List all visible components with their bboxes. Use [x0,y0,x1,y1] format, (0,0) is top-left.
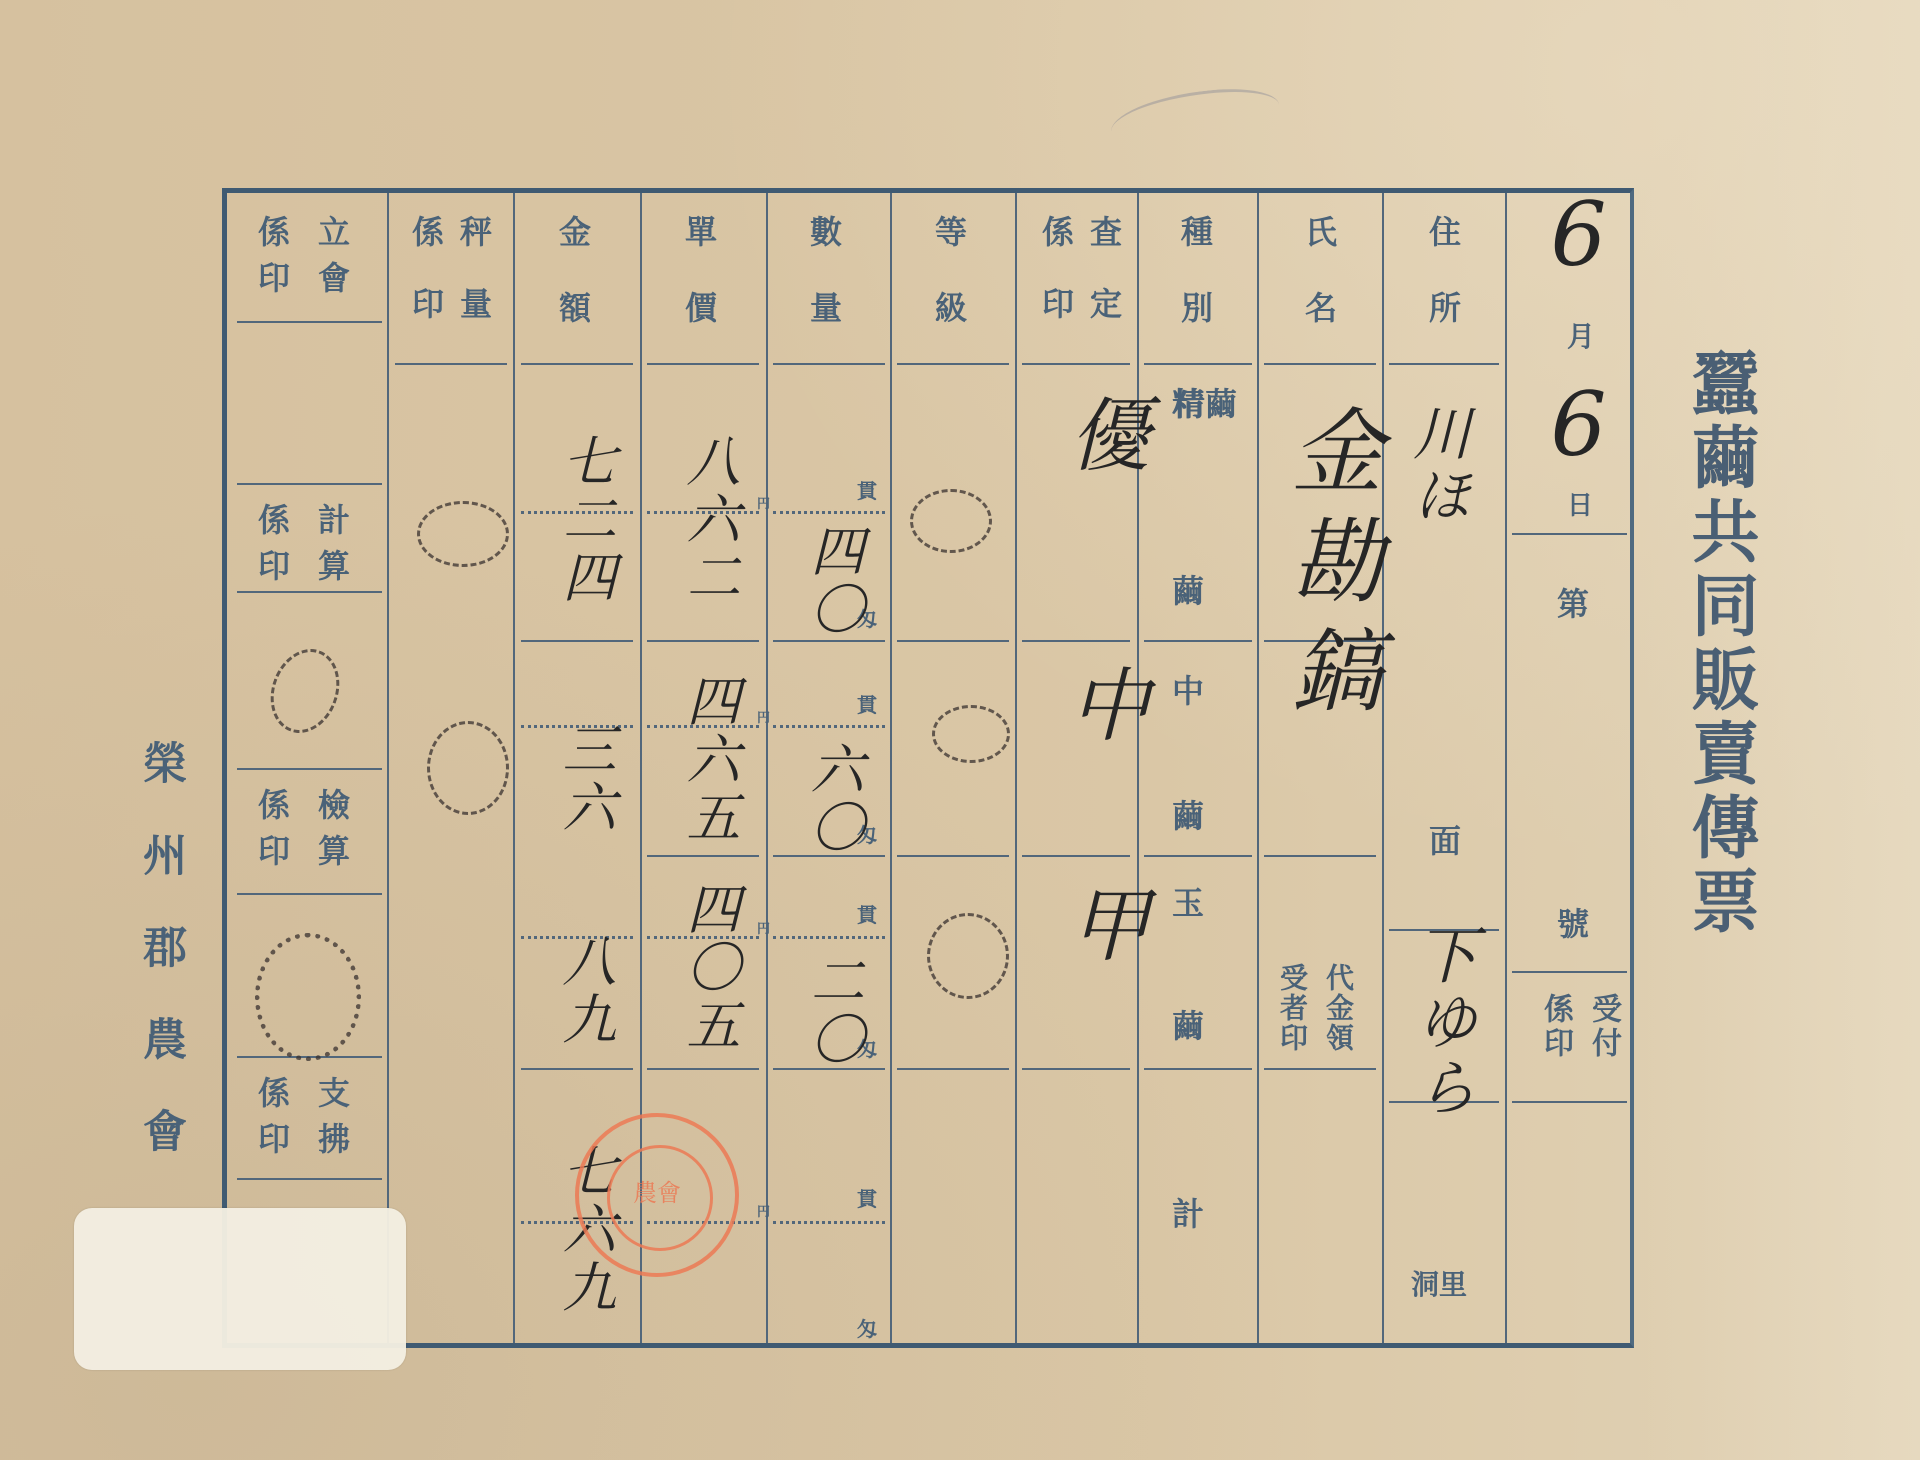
unit-yen: 円 [757,1201,770,1220]
month-value: 6 [1527,183,1630,290]
column-divider [1015,193,1017,1343]
header-grade: 等級 [933,215,965,367]
amount-row-2: 三六 [547,721,624,837]
row-rule [897,640,1009,642]
row-rule [647,855,759,857]
unit-price-row-2: 四六五 [671,673,748,847]
dong-ri-label: 洞里 [1411,1271,1467,1299]
number-prefix: 第 [1557,588,1589,620]
header-inspection-stamp: 査定係印 [1033,215,1127,359]
unit-kan: 貫 [857,475,877,504]
column-divider [1137,193,1139,1343]
myeon-label: 面 [1429,825,1461,857]
voucher-table: 立會係印 秤量係印 金額 單價 數量 等級 査定係印 種別 氏名 住所 計算係印… [222,188,1634,1348]
row-rule [1144,855,1252,857]
label-calculation-stamp: 計算係印 [249,503,355,595]
type-medium-2: 繭 [1172,800,1204,832]
unit-price-row-3: 四〇五 [671,881,748,1055]
row-rule [521,640,633,642]
label-payment-stamp: 支拂係印 [249,1076,355,1168]
day-label: 日 [1567,493,1593,519]
row-rule [1264,1068,1376,1070]
grade-seal [932,705,1010,763]
farmer-name: 金勘鎬 [1263,403,1395,733]
column-divider [513,193,515,1343]
left-rule [237,483,382,485]
header-weighing-stamp: 秤量係印 [403,215,497,359]
row-rule [647,640,759,642]
header-unit-price: 單價 [683,215,715,367]
column-divider [387,193,389,1343]
day-value: 6 [1527,373,1630,480]
red-official-seal: 農會 [575,1113,739,1277]
header-rule [1022,363,1130,365]
quantity-row-3: 二〇 [795,953,872,1069]
header-name: 氏名 [1303,215,1335,367]
row-rule [1144,640,1252,642]
row-rule [897,855,1009,857]
verification-seal [255,933,361,1061]
address-county-handwritten: 川ほ [1395,403,1479,527]
row-rule [1264,855,1376,857]
calculation-seal [259,639,350,742]
column-divider [1505,193,1507,1343]
left-rule [237,893,382,895]
row-rule [1022,855,1130,857]
unit-kan: 貫 [857,1183,877,1212]
column-divider [1382,193,1384,1343]
unit-kan: 貫 [857,899,877,928]
column-divider [1257,193,1259,1343]
weighing-seal [427,721,509,815]
header-amount: 金額 [557,215,589,367]
unit-price-row-1: 八六二 [671,433,748,607]
dotted-rule [773,936,885,939]
amount-row-3: 八九 [547,933,624,1049]
row-rule [521,1068,633,1070]
organization-name: 榮州郡農會 [128,740,192,1200]
document-title: 蠶繭共同販賣傳票 [1672,348,1769,940]
date-rule [1512,1101,1627,1103]
dotted-rule [773,725,885,728]
dotted-rule [773,1221,885,1224]
label-verification-stamp: 檢算係印 [249,788,355,880]
address-village-handwritten: 下ゆら [1397,923,1486,1121]
unit-kan: 貫 [857,689,877,718]
header-witness-stamp: 立會係印 [249,215,355,307]
unit-monme: 匁 [857,1313,877,1342]
row-rule [1022,1068,1130,1070]
unit-yen: 円 [757,707,770,726]
inspection-mark-3: 甲 [1045,883,1160,967]
row-rule [647,1068,759,1070]
type-medium-1: 中 [1172,675,1204,707]
row-rule [773,640,885,642]
unit-yen: 円 [757,918,770,937]
left-rule [237,1178,382,1180]
date-rule [1512,971,1627,973]
inspection-mark-2: 中 [1045,663,1160,747]
row-rule [1144,1068,1252,1070]
type-double-2: 繭 [1172,1010,1204,1042]
header-quantity: 數量 [808,215,840,367]
header-address: 住所 [1427,215,1459,367]
type-fine-2: 繭 [1172,575,1204,607]
inspection-mark-1: 優 [1045,393,1160,477]
grade-seal [910,489,992,553]
quantity-row-2: 六〇 [795,741,872,857]
header-rule [395,363,507,365]
left-rule [237,768,382,770]
month-label: 月 [1567,323,1595,351]
left-rule [237,321,382,323]
amount-row-1: 七二四 [547,433,624,607]
type-total: 計 [1172,1198,1204,1230]
type-fine-1: 精 [1172,388,1204,420]
proxy-receiver-stamp-label: 代金領受者印 [1272,963,1358,1053]
receipt-stamp-label: 受付係印 [1533,993,1625,1061]
type-double-1: 玉 [1172,887,1204,919]
number-suffix: 號 [1557,908,1589,940]
grade-seal [927,913,1009,999]
quantity-row-1: 四〇 [795,523,872,639]
unit-yen: 円 [757,493,770,512]
white-sticker [74,1208,406,1370]
date-rule [1512,533,1627,535]
weighing-seal [417,501,509,567]
header-type: 種別 [1179,215,1211,367]
column-divider [766,193,768,1343]
row-rule [1022,640,1130,642]
dotted-rule [773,511,885,514]
column-divider [890,193,892,1343]
row-rule [897,1068,1009,1070]
